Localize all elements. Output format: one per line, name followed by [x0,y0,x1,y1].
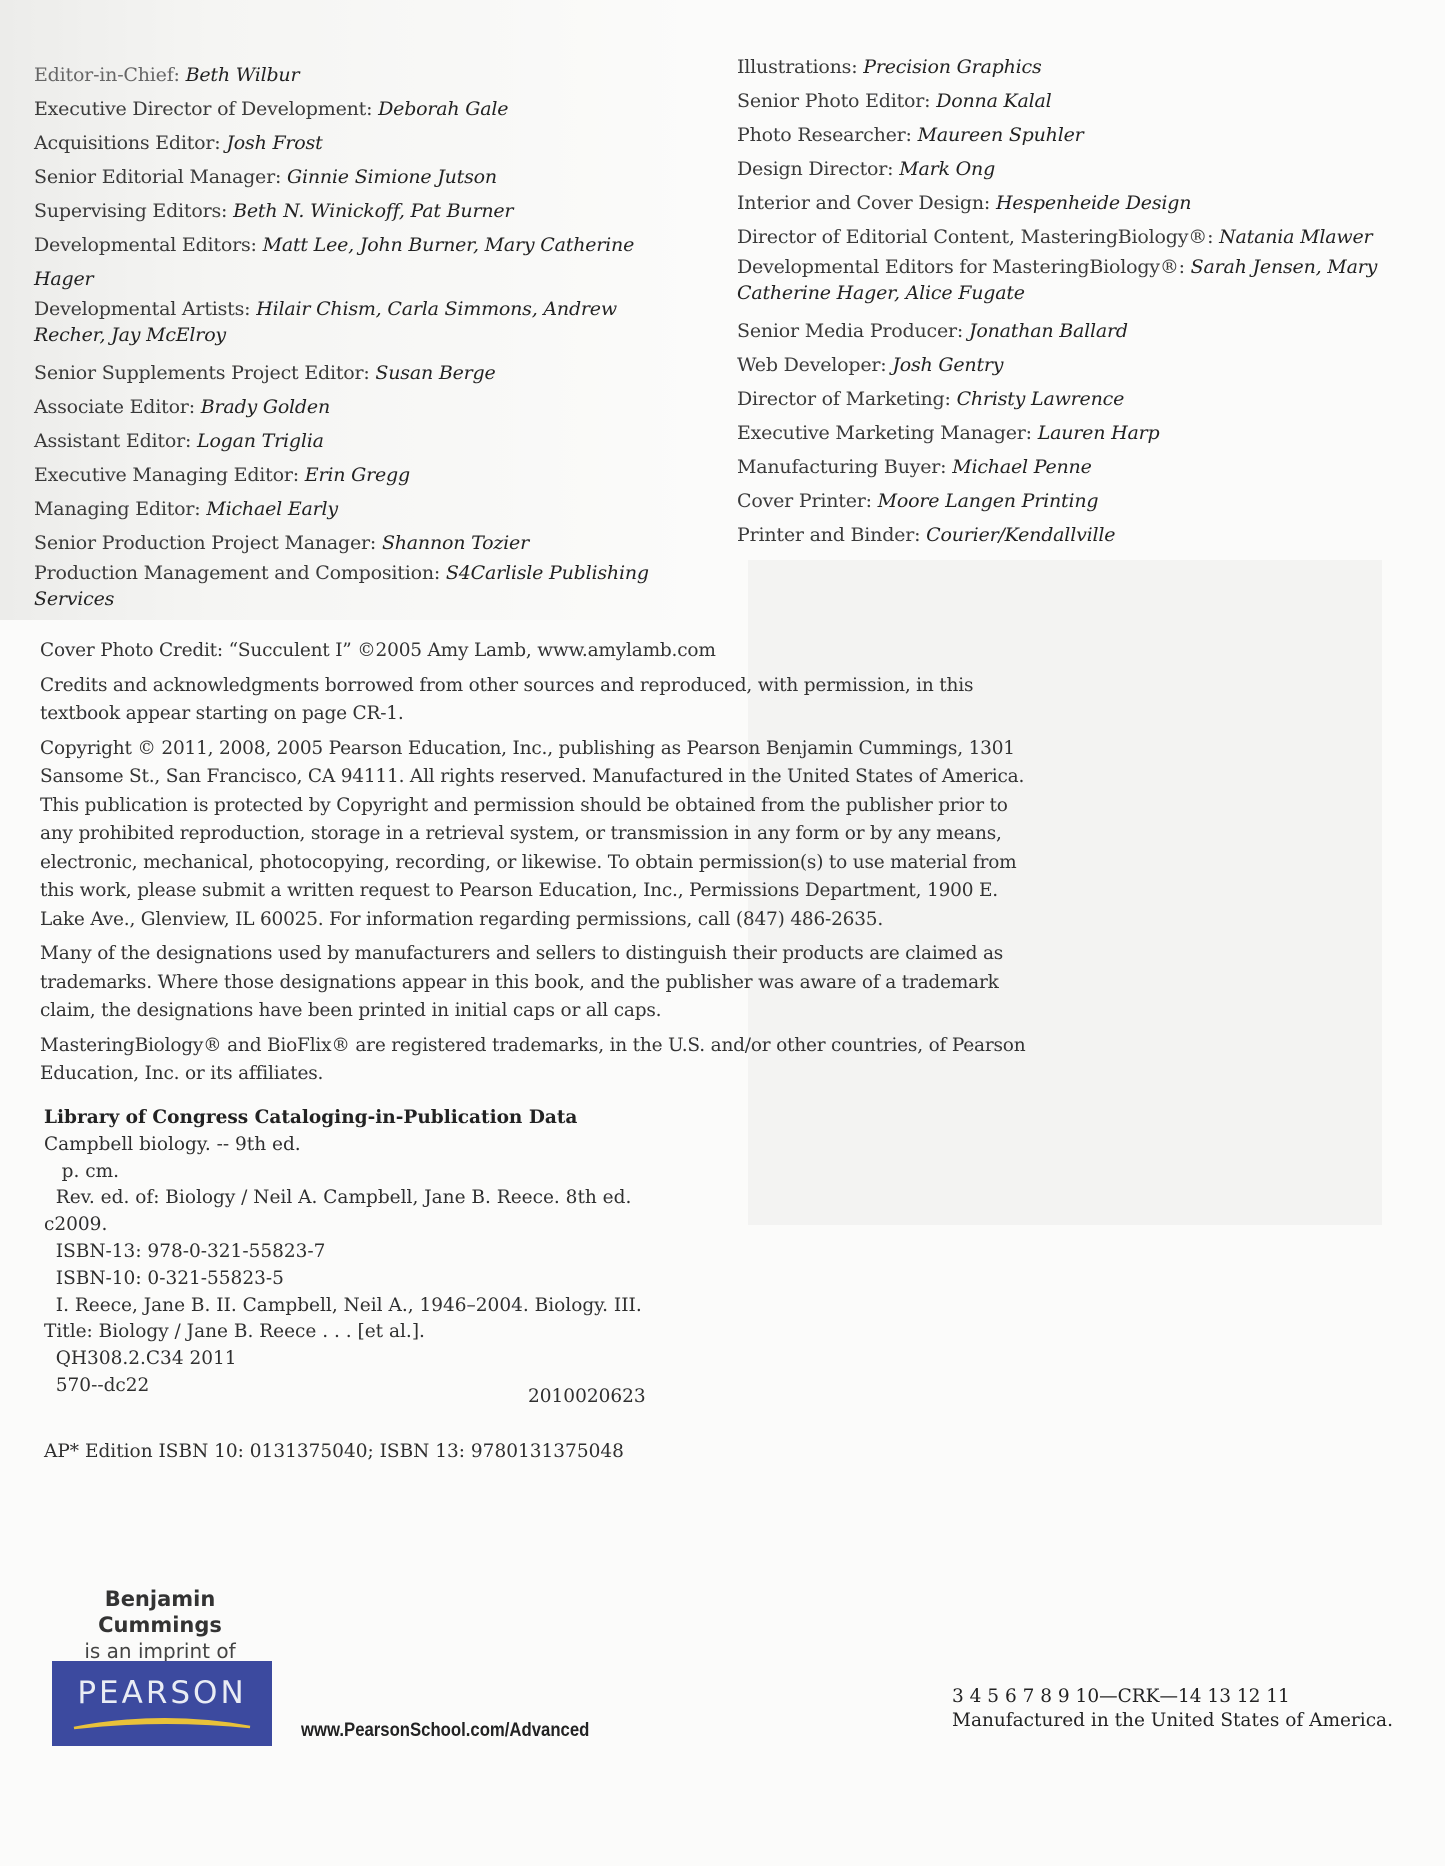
credit-line: Illustrations: Precision Graphics [737,50,1427,84]
credit-name: Josh Frost [226,132,322,154]
credit-name: Hespenheide Design [996,192,1191,214]
cip-line: I. Reece, Jane B. II. Campbell, Neil A.,… [44,1293,684,1320]
credit-role: Acquisitions Editor: [34,132,226,154]
staff-credits-left: Editor-in-Chief: Beth WilburExecutive Di… [34,58,674,620]
copyright-notice: Copyright © 2011, 2008, 2005 Pearson Edu… [40,735,1030,935]
cip-lines: Campbell biology. -- 9th ed. p. cm. Rev.… [44,1132,684,1400]
credit-role: Design Director: [737,158,899,180]
credit-role: Manufacturing Buyer: [737,456,952,478]
credit-role: Director of Marketing: [737,388,957,410]
credit-line: Senior Media Producer: Jonathan Ballard [737,314,1427,348]
credit-line: Design Director: Mark Ong [737,152,1427,186]
credit-name: Beth N. Winickoff, Pat Burner [233,200,513,222]
acknowledgments-notice: Credits and acknowledgments borrowed fro… [40,672,1030,729]
credit-line: Production Management and Composition: S… [34,560,674,612]
credit-line: Supervising Editors: Beth N. Winickoff, … [34,194,674,228]
credit-line: Senior Supplements Project Editor: Susan… [34,356,674,390]
cip-line: Title: Biology / Jane B. Reece . . . [et… [44,1319,684,1346]
cip-line: QH308.2.C34 2011 [44,1346,684,1373]
credit-name: Beth Wilbur [186,64,300,86]
credit-name: Susan Berge [375,362,495,384]
credit-name: Josh Gentry [892,354,1003,376]
credit-name: Donna Kalal [936,90,1051,112]
credit-line: Manufacturing Buyer: Michael Penne [737,450,1427,484]
printing-line: 3 4 5 6 7 8 9 10—CRK—14 13 12 11 [952,1685,1393,1709]
printing-info: 3 4 5 6 7 8 9 10—CRK—14 13 12 11 Manufac… [952,1685,1393,1733]
cip-data-block: Library of Congress Cataloging-in-Public… [44,1105,684,1400]
credit-role: Production Management and Composition: [34,562,446,584]
lccn-control-number: 2010020623 [528,1386,646,1407]
credit-name: Maureen Spuhler [918,124,1084,146]
credit-role: Web Developer: [737,354,892,376]
credit-name: Shannon Tozier [382,532,529,554]
registered-trademark-notice: MasteringBiology® and BioFlix® are regis… [40,1032,1030,1089]
staff-credits-right: Illustrations: Precision GraphicsSenior … [737,50,1427,552]
credit-role: Editor-in-Chief: [34,64,186,86]
credit-role: Cover Printer: [737,490,878,512]
credit-role: Developmental Editors for MasteringBiolo… [737,256,1191,278]
credit-line: Executive Managing Editor: Erin Gregg [34,458,674,492]
credit-name: Moore Langen Printing [878,490,1099,512]
cip-line: Campbell biology. -- 9th ed. [44,1132,684,1159]
cip-line: ISBN-10: 0-321-55823-5 [44,1266,684,1293]
credit-name: Mark Ong [899,158,995,180]
cip-line: ISBN-13: 978-0-321-55823-7 [44,1239,684,1266]
credit-name: Jonathan Ballard [969,320,1128,342]
credit-line: Director of Editorial Content, Mastering… [737,220,1427,254]
cover-photo-credit: Cover Photo Credit: “Succulent I” ©2005 … [40,637,1030,666]
credit-role: Managing Editor: [34,498,206,520]
credit-name: Precision Graphics [863,56,1041,78]
credit-role: Developmental Editors: [34,234,263,256]
credit-role: Executive Managing Editor: [34,464,305,486]
credit-line: Associate Editor: Brady Golden [34,390,674,424]
credit-line: Assistant Editor: Logan Triglia [34,424,674,458]
imprint-statement: Benjamin Cummings is an imprint of [40,1586,280,1664]
credit-role: Interior and Cover Design: [737,192,996,214]
credit-role: Director of Editorial Content, Mastering… [737,226,1219,248]
credit-name: Brady Golden [201,396,330,418]
credit-name: Deborah Gale [378,98,508,120]
credit-role: Senior Media Producer: [737,320,969,342]
cip-line: Rev. ed. of: Biology / Neil A. Campbell,… [44,1185,684,1212]
credit-role: Assistant Editor: [34,430,197,452]
credit-line: Photo Researcher: Maureen Spuhler [737,118,1427,152]
credit-line: Web Developer: Josh Gentry [737,348,1427,382]
credit-name: Christy Lawrence [957,388,1125,410]
pearson-school-link[interactable]: www.PearsonSchool.com/Advanced [301,1720,589,1742]
pearson-wordmark: PEARSON [52,1675,272,1711]
credit-name: Courier/Kendallville [926,524,1115,546]
credit-line: Executive Marketing Manager: Lauren Harp [737,416,1427,450]
credit-line: Executive Director of Development: Debor… [34,92,674,126]
credit-name: Natania Mlawer [1219,226,1372,248]
credit-name: Logan Triglia [197,430,324,452]
credit-role: Photo Researcher: [737,124,918,146]
cip-line: p. cm. [44,1159,684,1186]
credit-line: Printer and Binder: Courier/Kendallville [737,518,1427,552]
credit-name: Michael Penne [952,456,1091,478]
credit-line: Editor-in-Chief: Beth Wilbur [34,58,674,92]
credit-line: Director of Marketing: Christy Lawrence [737,382,1427,416]
manufactured-statement: Manufactured in the United States of Ame… [952,1709,1393,1733]
credit-line: Interior and Cover Design: Hespenheide D… [737,186,1427,220]
credit-role: Developmental Artists: [34,298,256,320]
credit-role: Illustrations: [737,56,863,78]
credit-line: Developmental Editors: Matt Lee, John Bu… [34,228,674,296]
credit-line: Developmental Artists: Hilair Chism, Car… [34,296,674,348]
credit-name: Michael Early [206,498,338,520]
credit-line: Acquisitions Editor: Josh Frost [34,126,674,160]
credit-role: Executive Director of Development: [34,98,378,120]
credit-line: Senior Editorial Manager: Ginnie Simione… [34,160,674,194]
pearson-logo: PEARSON [52,1661,272,1746]
credit-name: Erin Gregg [305,464,410,486]
trademark-notice: Many of the designations used by manufac… [40,940,1030,1026]
cip-heading: Library of Congress Cataloging-in-Public… [44,1105,684,1132]
credit-name: Ginnie Simione Jutson [287,166,497,188]
legal-notices: Cover Photo Credit: “Succulent I” ©2005 … [40,637,1030,1095]
credit-role: Executive Marketing Manager: [737,422,1038,444]
ap-edition-isbn: AP* Edition ISBN 10: 0131375040; ISBN 13… [44,1441,624,1462]
credit-role: Senior Supplements Project Editor: [34,362,375,384]
imprint-brand: Benjamin Cummings [40,1586,280,1638]
cip-line: c2009. [44,1212,684,1239]
credit-role: Senior Production Project Manager: [34,532,382,554]
credit-role: Supervising Editors: [34,200,233,222]
credit-role: Printer and Binder: [737,524,926,546]
credit-line: Senior Photo Editor: Donna Kalal [737,84,1427,118]
credit-line: Managing Editor: Michael Early [34,492,674,526]
credit-line: Cover Printer: Moore Langen Printing [737,484,1427,518]
credit-role: Associate Editor: [34,396,201,418]
credit-role: Senior Photo Editor: [737,90,936,112]
credit-name: Lauren Harp [1038,422,1160,444]
credit-role: Senior Editorial Manager: [34,166,287,188]
credit-line: Developmental Editors for MasteringBiolo… [737,254,1427,306]
credit-line: Senior Production Project Manager: Shann… [34,526,674,560]
